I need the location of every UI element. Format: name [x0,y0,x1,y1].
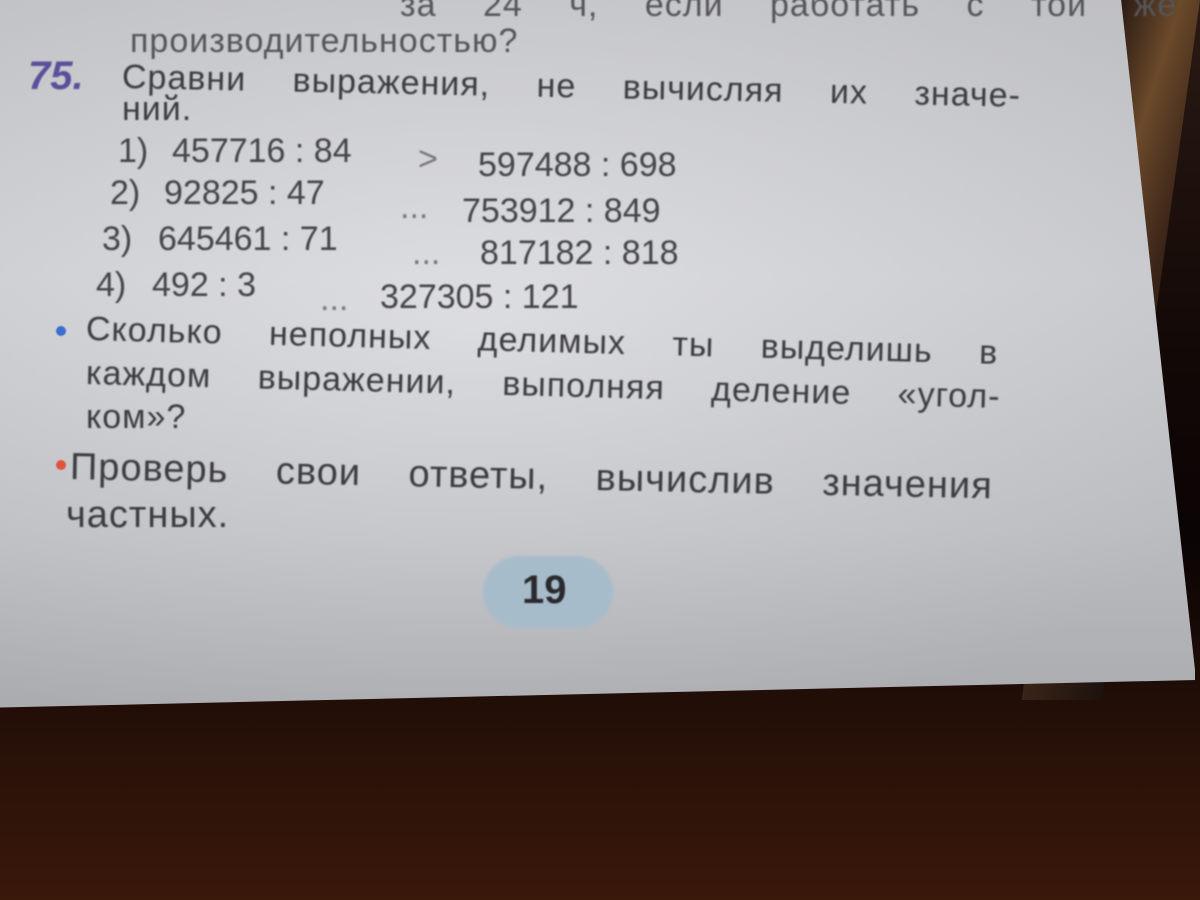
expression-right: 817182 : 818 [480,234,679,273]
task-prompt-line-2: ний. [122,90,192,129]
expression-index: 3) [102,220,132,259]
expression-relation[interactable]: ... [412,234,440,273]
expression-left: 492 : 3 [152,266,256,305]
previous-task-line-2: производительностью? [130,22,518,61]
question-2-line-2: частных. [66,494,229,537]
expression-left: 457716 : 84 [172,132,352,171]
expression-right: 597488 : 698 [478,146,677,185]
page-number: 19 [522,568,567,613]
expression-index: 4) [96,266,126,305]
expression-left: 645461 : 71 [158,220,338,259]
red-bullet-icon [56,460,66,470]
blue-bullet-icon [56,326,66,336]
expression-right: 753912 : 849 [462,192,661,231]
expression-relation[interactable]: ... [320,280,348,319]
expression-index: 2) [110,174,140,213]
expression-relation[interactable]: > [418,140,438,179]
expression-left: 92825 : 47 [164,174,325,213]
task-number: 75. [28,54,84,99]
expression-relation[interactable]: ... [400,188,428,227]
expression-right: 327305 : 121 [380,278,579,317]
expression-index: 1) [118,132,148,171]
question-1-line-3: ком»? [86,398,186,437]
